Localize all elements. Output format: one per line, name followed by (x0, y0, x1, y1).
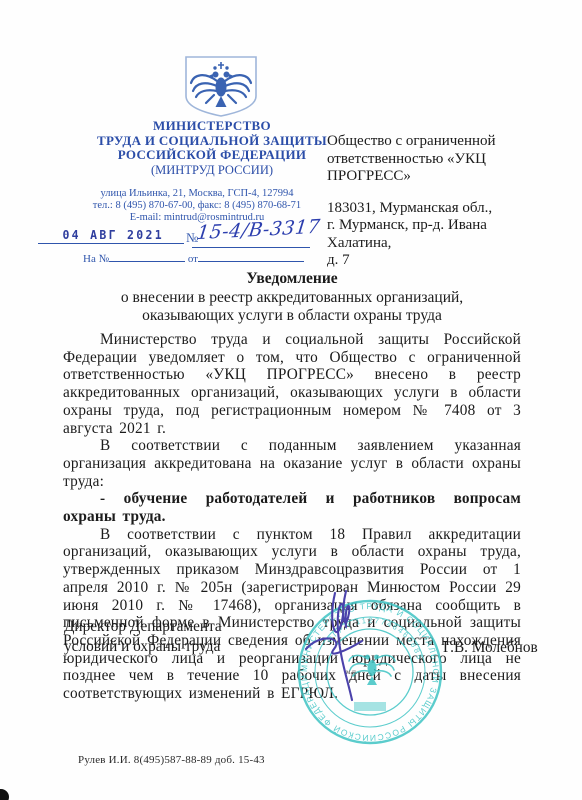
scan-artifact (0, 789, 9, 800)
coat-of-arms-emblem (178, 54, 264, 120)
date-stamp: 04 АВГ 2021 (58, 227, 168, 242)
reference-prefix: На № (83, 253, 109, 265)
letterhead-address-line: улица Ильинка, 21, Москва, ГСП-4, 127994 (42, 188, 352, 200)
eagle-shield-icon (178, 54, 264, 120)
signatory-name: Г.В. Молебнов (443, 639, 538, 657)
document-subtitle-line: оказывающих услуги в области охраны труд… (63, 307, 521, 326)
executor-contact: Рулев И.И. 8(495)587-88-89 доб. 15-43 (78, 754, 265, 766)
round-seal-icon: МИНИСТЕРСТВО ТРУДА И СОЦИАЛЬНОЙ ЗАЩИТЫ Р… (288, 583, 452, 761)
recipient-address-line: г. Мурманск, пр-д. Ивана Халатина, (327, 217, 532, 252)
signatory-position-line: Директор Департамента (64, 617, 284, 637)
official-seal: МИНИСТЕРСТВО ТРУДА И СОЦИАЛЬНОЙ ЗАЩИТЫ Р… (288, 583, 452, 761)
reference-from-label: от (188, 253, 198, 265)
body-paragraph: В соответствии с поданным заявлением ука… (63, 437, 521, 490)
letterhead-address-line: тел.: 8 (495) 870-67-00, факс: 8 (495) 8… (42, 200, 352, 212)
ministry-name-line: МИНИСТЕРСТВО (52, 119, 372, 134)
signatory-position-line: условий и охраны труда (64, 637, 284, 657)
reference-line: На № от (83, 250, 304, 265)
recipient-address-line: д. 7 (327, 252, 532, 270)
number-underline (192, 246, 310, 248)
recipient-address-line: 183031, Мурманская обл., (327, 200, 532, 218)
document-title-block: Уведомление о внесении в реестр аккредит… (63, 270, 521, 326)
document-title: Уведомление (63, 270, 521, 289)
recipient-name-line: ответственностью «УКЦ (327, 151, 532, 169)
recipient-block: Общество с ограниченной ответственностью… (327, 133, 532, 270)
ministry-short-name: (МИНТРУД РОССИИ) (52, 163, 372, 178)
date-underline (38, 242, 184, 244)
reference-date-blank (198, 250, 304, 262)
recipient-name-line: ПРОГРЕСС» (327, 168, 532, 186)
ministry-name-line: ТРУДА И СОЦИАЛЬНОЙ ЗАЩИТЫ (52, 134, 372, 149)
body-paragraph: Министерство труда и социальной защиты Р… (63, 331, 521, 437)
seal-place-mark: м.п. (346, 668, 358, 676)
signatory-position: Директор Департамента условий и охраны т… (64, 617, 284, 656)
scanned-letter-page: МИНИСТЕРСТВО ТРУДА И СОЦИАЛЬНОЙ ЗАЩИТЫ Р… (0, 0, 582, 800)
seal-banner (354, 702, 386, 711)
document-subtitle-line: о внесении в реестр аккредитованных орга… (63, 289, 521, 308)
reference-number-blank (109, 250, 185, 262)
ministry-name-line: РОССИЙСКОЙ ФЕДЕРАЦИИ (52, 148, 372, 163)
ministry-name: МИНИСТЕРСТВО ТРУДА И СОЦИАЛЬНОЙ ЗАЩИТЫ Р… (52, 119, 372, 178)
body-paragraph-accreditation-scope: - обучение работодателей и работников во… (63, 490, 521, 525)
recipient-name-line: Общество с ограниченной (327, 133, 532, 151)
